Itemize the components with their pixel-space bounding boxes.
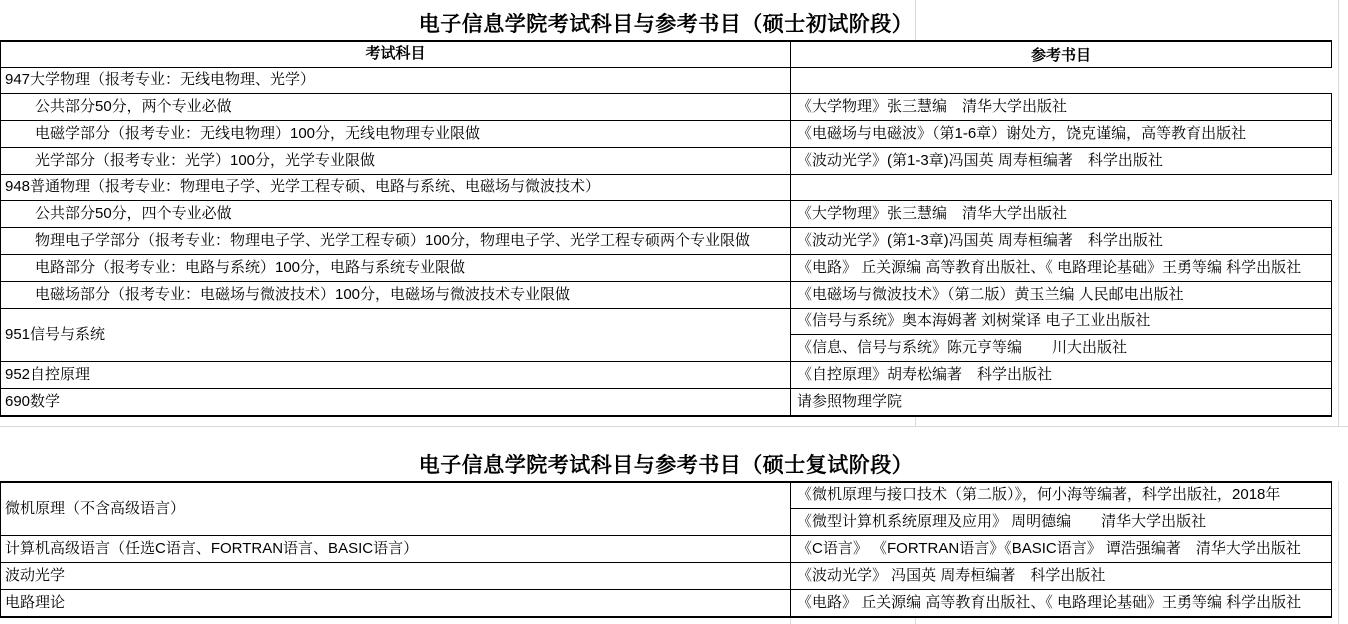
table2-reexam: 微机原理（不含高级语言） 《微机原理与接口技术（第二版）》，何小海等编著，科学出… — [0, 481, 1332, 618]
table-row: 947大学物理（报考专业：无线电物理、光学） — [1, 68, 1332, 94]
books-cell-group: 《C语言》 《FORTRAN语言》《BASIC语言》 谭浩强编著 清华大学出版社 — [791, 536, 1331, 562]
book-cell: 《波动光学》(第1-3章)冯国英 周寿桓编著 科学出版社 — [791, 228, 1331, 254]
books-cell-group — [791, 175, 1332, 200]
header-reference-books: 参考书目 — [791, 42, 1331, 67]
table2-title: 电子信息学院考试科目与参考书目（硕士复试阶段） — [0, 449, 1332, 479]
book-cell: 《C语言》 《FORTRAN语言》《BASIC语言》 谭浩强编著 清华大学出版社 — [791, 536, 1331, 562]
subject-cell: 物理电子学部分（报考专业：物理电子学、光学工程专硕）100分，物理电子学、光学工… — [1, 228, 791, 254]
subject-cell: 电路部分（报考专业：电路与系统）100分，电路与系统专业限做 — [1, 255, 791, 281]
book-cell: 《电磁场与电磁波》（第1-6章）谢处方，饶克谨编，高等教育出版社 — [791, 121, 1331, 147]
books-cell-group: 《大学物理》张三慧编 清华大学出版社 — [791, 94, 1331, 120]
table-row: 电磁场部分（报考专业：电磁场与微波技术）100分，电磁场与微波技术专业限做 《电… — [1, 282, 1332, 309]
books-cell-group: 《自控原理》胡寿松编著 科学出版社 — [791, 362, 1331, 388]
subject-cell: 电磁场部分（报考专业：电磁场与微波技术）100分，电磁场与微波技术专业限做 — [1, 282, 791, 308]
book-cell: 《波动光学》 冯国英 周寿桓编著 科学出版社 — [791, 563, 1331, 589]
subject-cell: 947大学物理（报考专业：无线电物理、光学） — [1, 68, 791, 93]
book-cell: 《电磁场与微波技术》（第二版）黄玉兰编 人民邮电出版社 — [791, 282, 1331, 308]
table1-title: 电子信息学院考试科目与参考书目（硕士初试阶段） — [0, 8, 1332, 38]
books-cell-group: 《微机原理与接口技术（第二版）》，何小海等编著，科学出版社，2018年《微型计算… — [791, 483, 1331, 535]
table1-initial-exam: 考试科目 参考书目 947大学物理（报考专业：无线电物理、光学） 公共部分50分… — [0, 40, 1332, 417]
subject-cell: 波动光学 — [1, 563, 791, 589]
book-cell: 请参照物理学院 — [791, 389, 1331, 415]
book-cell: 《大学物理》张三慧编 清华大学出版社 — [791, 201, 1331, 227]
book-cell: 《电路》 丘关源编 高等教育出版社、《 电路理论基础》王勇等编 科学出版社 — [791, 590, 1331, 616]
books-cell-group: 《信号与系统》奥本海姆著 刘树棠译 电子工业出版社《信息、信号与系统》陈元亨等编… — [791, 309, 1331, 361]
gridline — [915, 617, 916, 624]
book-cell: 《自控原理》胡寿松编著 科学出版社 — [791, 362, 1331, 388]
table-row: 微机原理（不含高级语言） 《微机原理与接口技术（第二版）》，何小海等编著，科学出… — [1, 483, 1332, 536]
gridline — [1338, 0, 1339, 426]
table-row: 948普通物理（报考专业：物理电子学、光学工程专硕、电路与系统、电磁场与微波技术… — [1, 175, 1332, 201]
table-row: 公共部分50分，两个专业必做 《大学物理》张三慧编 清华大学出版社 — [1, 94, 1332, 121]
books-cell-group: 《大学物理》张三慧编 清华大学出版社 — [791, 201, 1331, 227]
table-row: 电路部分（报考专业：电路与系统）100分，电路与系统专业限做 《电路》 丘关源编… — [1, 255, 1332, 282]
book-cell: 《信号与系统》奥本海姆著 刘树棠译 电子工业出版社 — [791, 309, 1331, 335]
subject-cell: 952自控原理 — [1, 362, 791, 388]
table-row: 电磁学部分（报考专业：无线电物理）100分，无线电物理专业限做 《电磁场与电磁波… — [1, 121, 1332, 148]
table-row: 电路理论 《电路》 丘关源编 高等教育出版社、《 电路理论基础》王勇等编 科学出… — [1, 590, 1332, 616]
books-cell-group: 《电路》 丘关源编 高等教育出版社、《 电路理论基础》王勇等编 科学出版社 — [791, 255, 1331, 281]
book-cell: 《电路》 丘关源编 高等教育出版社、《 电路理论基础》王勇等编 科学出版社 — [791, 255, 1331, 281]
gridline — [1338, 481, 1339, 624]
book-cell: 《微机原理与接口技术（第二版）》，何小海等编著，科学出版社，2018年 — [791, 483, 1331, 509]
subject-cell: 电路理论 — [1, 590, 791, 616]
books-cell-group: 《波动光学》(第1-3章)冯国英 周寿桓编著 科学出版社 — [791, 228, 1331, 254]
table-row: 波动光学 《波动光学》 冯国英 周寿桓编著 科学出版社 — [1, 563, 1332, 590]
books-cell-group: 《波动光学》(第1-3章)冯国英 周寿桓编著 科学出版社 — [791, 148, 1331, 174]
table1-header-row: 考试科目 参考书目 — [1, 42, 1332, 68]
book-cell: 《波动光学》(第1-3章)冯国英 周寿桓编著 科学出版社 — [791, 148, 1331, 174]
subject-cell: 微机原理（不含高级语言） — [1, 483, 791, 535]
gridline — [790, 617, 791, 624]
header-exam-subject: 考试科目 — [1, 42, 791, 67]
subject-cell: 951信号与系统 — [1, 309, 791, 361]
table-row: 951信号与系统 《信号与系统》奥本海姆著 刘树棠译 电子工业出版社《信息、信号… — [1, 309, 1332, 362]
books-cell-group: 《波动光学》 冯国英 周寿桓编著 科学出版社 — [791, 563, 1331, 589]
table-row: 光学部分（报考专业：光学）100分，光学专业限做 《波动光学》(第1-3章)冯国… — [1, 148, 1332, 175]
book-cell: 《信息、信号与系统》陈元亨等编 川大出版社 — [791, 335, 1331, 361]
table-row: 690数学 请参照物理学院 — [1, 389, 1332, 415]
books-cell-group: 请参照物理学院 — [791, 389, 1331, 415]
subject-cell: 公共部分50分，四个专业必做 — [1, 201, 791, 227]
books-cell-group: 《电磁场与微波技术》（第二版）黄玉兰编 人民邮电出版社 — [791, 282, 1331, 308]
table-row: 公共部分50分，四个专业必做 《大学物理》张三慧编 清华大学出版社 — [1, 201, 1332, 228]
book-cell: 《大学物理》张三慧编 清华大学出版社 — [791, 94, 1331, 120]
books-cell-group: 《电路》 丘关源编 高等教育出版社、《 电路理论基础》王勇等编 科学出版社 — [791, 590, 1331, 616]
subject-cell: 计算机高级语言（任选C语言、FORTRAN语言、BASIC语言） — [1, 536, 791, 562]
table-row: 952自控原理 《自控原理》胡寿松编著 科学出版社 — [1, 362, 1332, 389]
subject-cell: 光学部分（报考专业：光学）100分，光学专业限做 — [1, 148, 791, 174]
spreadsheet-page: 电子信息学院考试科目与参考书目（硕士初试阶段） 考试科目 参考书目 947大学物… — [0, 0, 1348, 624]
gridline — [0, 426, 1348, 427]
subject-cell: 电磁学部分（报考专业：无线电物理）100分，无线电物理专业限做 — [1, 121, 791, 147]
book-cell: 《微型计算机系统原理及应用》 周明德编 清华大学出版社 — [791, 509, 1331, 535]
subject-cell: 公共部分50分，两个专业必做 — [1, 94, 791, 120]
books-cell-group — [791, 68, 1332, 93]
subject-cell: 690数学 — [1, 389, 791, 415]
table-row: 计算机高级语言（任选C语言、FORTRAN语言、BASIC语言） 《C语言》 《… — [1, 536, 1332, 563]
table-row: 物理电子学部分（报考专业：物理电子学、光学工程专硕）100分，物理电子学、光学工… — [1, 228, 1332, 255]
books-cell-group: 《电磁场与电磁波》（第1-6章）谢处方，饶克谨编，高等教育出版社 — [791, 121, 1331, 147]
subject-cell: 948普通物理（报考专业：物理电子学、光学工程专硕、电路与系统、电磁场与微波技术… — [1, 175, 791, 200]
